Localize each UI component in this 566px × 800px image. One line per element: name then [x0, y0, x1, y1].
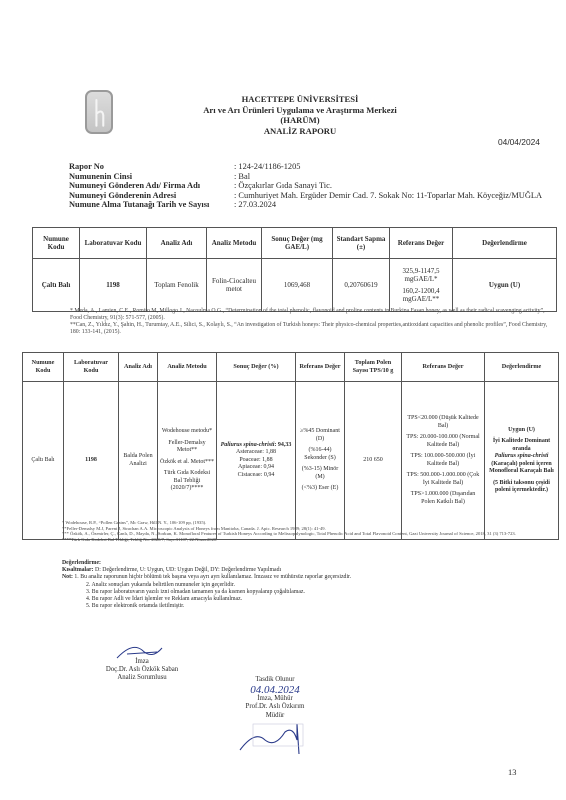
center-name: Arı ve Arı Ürünleri Uygulama ve Araştırm…: [150, 105, 450, 116]
university-name: HACETTEPE ÜNİVERSİTESİ: [150, 94, 450, 105]
pollen-result: Paliurus spina-christi: 94,33 Asteraceae…: [217, 382, 296, 540]
center-abbr: (HARÜM): [150, 115, 450, 126]
pollen-class-reference: ≥%45 Dominant (D) (%16-44) Sekonder (S) …: [296, 382, 345, 540]
info-row: Rapor No: 124-24/1186-1205: [69, 162, 554, 172]
page-number: 13: [508, 768, 516, 777]
info-row: Numunenin Cinsi: Bal: [69, 172, 554, 182]
table-header-row: Numune Kodu Laboratuvar Kodu Analiz Adı …: [23, 353, 559, 382]
table-row: Çaltı Balı 1198 Balda Polen Analizi Wode…: [23, 382, 559, 540]
report-date: 04/04/2024: [498, 137, 540, 147]
director-signature: Tasdik Olunur 04.04.2024 İmza, Mühür Pro…: [215, 676, 335, 756]
pollen-analysis-table: Numune Kodu Laboratuvar Kodu Analiz Adı …: [22, 352, 559, 540]
info-row: Numuneyi Gönderen Adı/ Firma Adı: Özçakı…: [69, 181, 554, 191]
pollen-evaluation: Uygun (U) İyi Kalitede Dominant oranda P…: [485, 382, 559, 540]
table-row: Çaltı Balı 1198 Toplam Fenolik Folin-Cio…: [33, 259, 557, 312]
reference-values: 325,9-1147,5 mgGAE/L*160,2-1200,4 mgGAE/…: [390, 259, 453, 312]
signature-stamp-icon: [235, 720, 315, 756]
report-header: HACETTEPE ÜNİVERSİTESİ Arı ve Arı Ürünle…: [150, 94, 450, 136]
report-info: Rapor No: 124-24/1186-1205 Numunenin Cin…: [69, 162, 554, 210]
phenolic-results-table: Numune Kodu Laboratuvar Kodu Analiz Adı …: [32, 227, 557, 312]
info-row: Numuneyi Gönderenin Adresi: Cumhuriyet M…: [69, 191, 554, 201]
pollen-references: * Wodehouse, R.P., “Pollen Grains”, Mc G…: [62, 520, 552, 542]
hacettepe-logo-icon: [87, 92, 111, 132]
report-title: ANALİZ RAPORU: [150, 126, 450, 137]
analysis-methods: Wodehouse metodu* Feller-Demalsy Metot**…: [158, 382, 217, 540]
phenolic-references: * Meda, A., Lamien, C.E., Romito M, Mill…: [70, 308, 550, 336]
university-logo: [85, 90, 113, 134]
tps-reference: TPS<20.000 (Düşük Kalitede Bal) TPS: 20.…: [402, 382, 485, 540]
table-header-row: Numune Kodu Laboratuvar Kodu Analiz Adı …: [33, 228, 557, 259]
evaluation-notes: Değerlendirme: Kısaltmalar: D: Değerlend…: [62, 560, 552, 610]
info-row: Numune Alma Tutanağı Tarih ve Sayısı: 27…: [69, 200, 554, 210]
analyst-signature: İmza Doç.Dr. Aslı Özkök Saban Analiz Sor…: [82, 640, 202, 682]
